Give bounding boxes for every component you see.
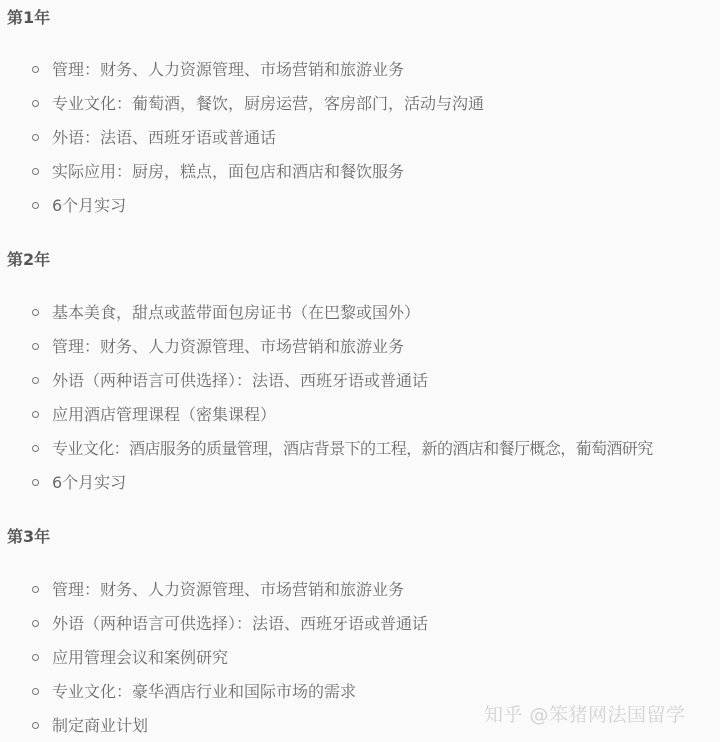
circle-bullet-icon — [32, 202, 39, 209]
circle-bullet-icon — [32, 722, 39, 729]
list-item: 外语（两种语言可供选择）：法语、西班牙语或普通话 — [0, 364, 720, 398]
circle-bullet-icon — [32, 586, 39, 593]
year-2-heading: 第2年 — [7, 250, 50, 270]
circle-bullet-icon — [32, 688, 39, 695]
circle-bullet-icon — [32, 620, 39, 627]
list-item: 管理：财务、人力资源管理、市场营销和旅游业务 — [0, 573, 720, 607]
circle-bullet-icon — [32, 654, 39, 661]
list-item: 管理：财务、人力资源管理、市场营销和旅游业务 — [0, 53, 720, 87]
circle-bullet-icon — [32, 309, 39, 316]
circle-bullet-icon — [32, 168, 39, 175]
list-item: 应用管理会议和案例研究 — [0, 641, 720, 675]
year-2-list: 基本美食，甜点或蓝带面包房证书（在巴黎或国外） 管理：财务、人力资源管理、市场营… — [0, 296, 720, 500]
zhihu-watermark: 知乎 @笨猪网法国留学 — [484, 700, 686, 727]
list-item: 应用酒店管理课程（密集课程） — [0, 398, 720, 432]
circle-bullet-icon — [32, 66, 39, 73]
list-item: 6个月实习 — [0, 466, 720, 500]
list-item: 外语（两种语言可供选择）：法语、西班牙语或普通话 — [0, 607, 720, 641]
circle-bullet-icon — [32, 134, 39, 141]
list-item: 6个月实习 — [0, 189, 720, 223]
list-item: 专业文化：葡萄酒，餐饮，厨房运营，客房部门，活动与沟通 — [0, 87, 720, 121]
list-item: 实际应用：厨房，糕点，面包店和酒店和餐饮服务 — [0, 155, 720, 189]
circle-bullet-icon — [32, 100, 39, 107]
circle-bullet-icon — [32, 445, 39, 452]
list-item: 管理：财务、人力资源管理、市场营销和旅游业务 — [0, 330, 720, 364]
year-3-heading: 第3年 — [7, 527, 50, 547]
year-1-list: 管理：财务、人力资源管理、市场营销和旅游业务 专业文化：葡萄酒，餐饮，厨房运营，… — [0, 53, 720, 223]
circle-bullet-icon — [32, 479, 39, 486]
circle-bullet-icon — [32, 343, 39, 350]
circle-bullet-icon — [32, 377, 39, 384]
circle-bullet-icon — [32, 411, 39, 418]
list-item: 基本美食，甜点或蓝带面包房证书（在巴黎或国外） — [0, 296, 720, 330]
year-1-heading: 第1年 — [7, 8, 50, 28]
list-item: 专业文化：酒店服务的质量管理，酒店背景下的工程，新的酒店和餐厅概念，葡萄酒研究 — [0, 432, 720, 466]
list-item: 外语：法语、西班牙语或普通话 — [0, 121, 720, 155]
